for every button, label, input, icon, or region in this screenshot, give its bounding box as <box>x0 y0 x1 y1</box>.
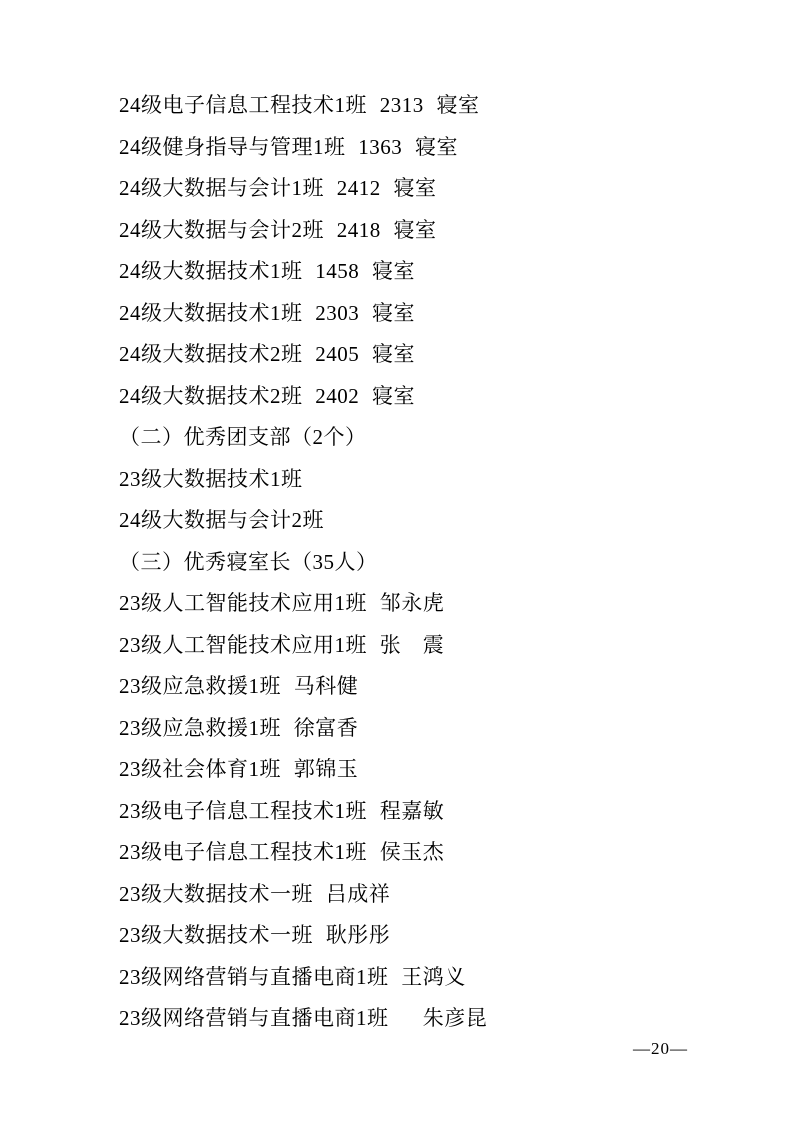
list-line: 23级大数据技术一班 耿彤彤 <box>119 915 753 957</box>
list-line: 23级应急救援1班 徐富香 <box>119 708 753 750</box>
list-line: 23级网络营销与直播电商1班 朱彦昆 <box>119 998 753 1040</box>
list-line: 23级人工智能技术应用1班 邹永虎 <box>119 583 753 625</box>
list-line: 24级大数据与会计2班 <box>119 500 753 542</box>
list-line: 24级电子信息工程技术1班 2313 寝室 <box>119 85 753 127</box>
list-line: 23级电子信息工程技术1班 程嘉敏 <box>119 791 753 833</box>
list-line: 23级电子信息工程技术1班 侯玉杰 <box>119 832 753 874</box>
list-line: 24级大数据技术2班 2405 寝室 <box>119 334 753 376</box>
list-line: 24级大数据与会计2班 2418 寝室 <box>119 210 753 252</box>
list-line: 23级大数据技术一班 吕成祥 <box>119 874 753 916</box>
document-body: 24级电子信息工程技术1班 2313 寝室24级健身指导与管理1班 1363 寝… <box>119 85 753 1040</box>
list-line: 23级网络营销与直播电商1班 王鸿义 <box>119 957 753 999</box>
list-line: 23级社会体育1班 郭锦玉 <box>119 749 753 791</box>
list-line: 24级大数据技术1班 2303 寝室 <box>119 293 753 335</box>
list-line: 24级大数据技术1班 1458 寝室 <box>119 251 753 293</box>
page-number: —20— <box>633 1039 688 1059</box>
list-line: 23级人工智能技术应用1班 张 震 <box>119 625 753 667</box>
list-line: 24级大数据技术2班 2402 寝室 <box>119 376 753 418</box>
document-page: 24级电子信息工程技术1班 2313 寝室24级健身指导与管理1班 1363 寝… <box>0 0 793 1122</box>
list-line: 24级大数据与会计1班 2412 寝室 <box>119 168 753 210</box>
list-line: 24级健身指导与管理1班 1363 寝室 <box>119 127 753 169</box>
list-line: 23级大数据技术1班 <box>119 459 753 501</box>
section-heading: （二）优秀团支部（2个） <box>119 417 753 459</box>
list-line: 23级应急救援1班 马科健 <box>119 666 753 708</box>
section-heading: （三）优秀寝室长（35人） <box>119 542 753 584</box>
